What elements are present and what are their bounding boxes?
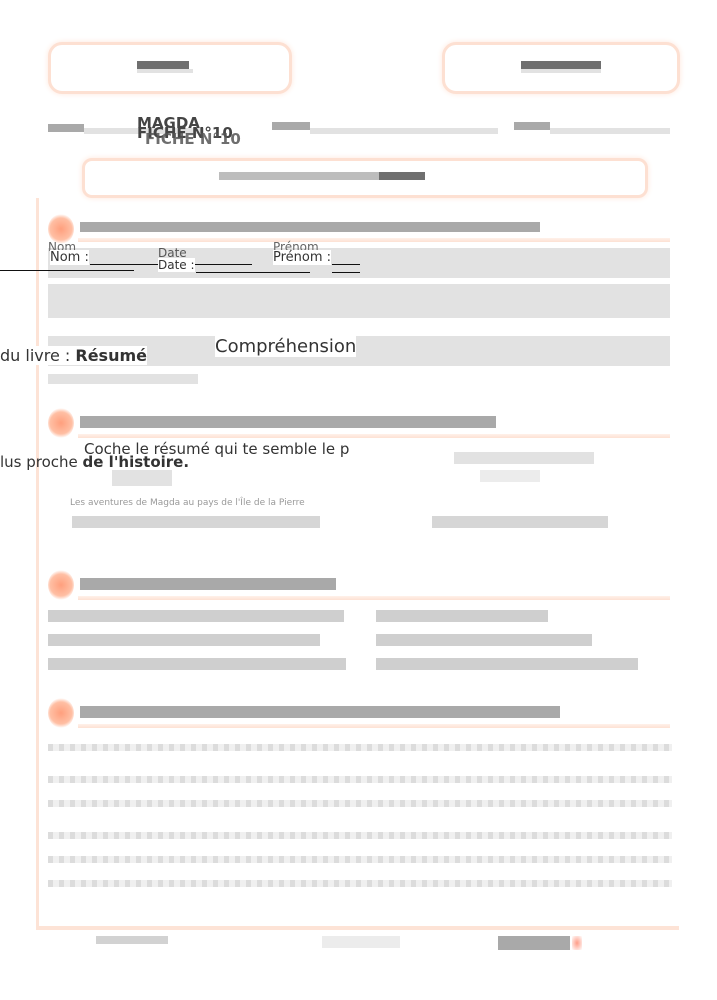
resume-text: Résumé: [75, 346, 147, 365]
feeling-item-1: [48, 610, 344, 622]
answer-line-5[interactable]: [48, 856, 672, 863]
date-field-label: Date :: [158, 258, 195, 272]
feeling-item-6: [376, 658, 638, 670]
option-2-blur[interactable]: [454, 452, 594, 464]
prenom-line-blur: [310, 128, 498, 134]
du-livre-text: du livre :: [0, 346, 75, 365]
date-input-line[interactable]: [196, 272, 310, 273]
footer-right: [498, 936, 570, 950]
section-2-title: [80, 416, 496, 428]
feeling-item-2: [376, 610, 548, 622]
prenom-field-label: Prénom :: [273, 250, 331, 265]
section-3-bullet-icon: [48, 570, 74, 600]
prenom-input-line[interactable]: [332, 264, 360, 265]
right-header-label: [521, 61, 601, 69]
section-1-paragraph-blur-2: [48, 284, 670, 318]
title-banner: [82, 158, 648, 198]
feeling-item-3: [48, 634, 320, 646]
faint-caption: Les aventures de Magda au pays de l'Île …: [70, 498, 305, 508]
footer-logo-icon: [572, 936, 582, 950]
date-line-blur: [550, 128, 670, 134]
answer-line-1[interactable]: [48, 744, 672, 751]
comprehension-overlay: Compréhension: [215, 336, 356, 357]
section-1-rule: [78, 238, 670, 242]
section-1b-last-line-blur: [48, 374, 198, 384]
title-overlay-fiche-ghost: FICHE N°10: [145, 130, 241, 148]
nom-field-label: Nom :: [50, 250, 89, 265]
nom-label-blur: [48, 124, 84, 132]
section-1-title: [80, 222, 540, 232]
prenom-label-blur: [272, 122, 310, 130]
left-header-label-shadow: [137, 69, 193, 73]
feeling-item-5: [48, 658, 346, 670]
banner-text-blur: [219, 172, 379, 180]
section-1-paragraph-blur: [48, 248, 670, 278]
date-label-blur: [514, 122, 550, 130]
left-header-label: [137, 61, 189, 69]
footer-center: [322, 936, 400, 948]
option-2b-blur: [480, 470, 540, 482]
footer-left: [96, 936, 168, 944]
feeling-item-4: [376, 634, 592, 646]
section-2-bullet-icon: [48, 408, 74, 438]
coche-instruction-line2: lus proche de l'histoire.: [0, 453, 189, 471]
left-header-box: [48, 42, 292, 94]
right-header-label-shadow: [521, 69, 601, 73]
section-2-rule: [78, 434, 670, 438]
answer-line-2[interactable]: [48, 776, 672, 783]
answer-line-3[interactable]: [48, 800, 672, 807]
prenom-input-line-ghost: [332, 272, 360, 273]
section-4-bullet-icon: [48, 698, 74, 728]
option-4-blur[interactable]: [432, 516, 608, 528]
section-3-title: [80, 578, 336, 590]
section-4-rule: [78, 724, 670, 728]
section-3-rule: [78, 596, 670, 600]
coche-prefix: lus proche: [0, 453, 83, 471]
right-header-box: [442, 42, 680, 94]
nom-input-line-ghost: [0, 270, 134, 271]
option-1-blur[interactable]: [112, 470, 172, 486]
banner-text-bold-blur: [379, 172, 425, 180]
answer-line-6[interactable]: [48, 880, 672, 887]
section-4-title: [80, 706, 560, 718]
du-livre-overlay: du livre : Résumé: [0, 346, 147, 365]
answer-line-4[interactable]: [48, 832, 672, 839]
coche-bold: de l'histoire.: [83, 453, 190, 471]
option-3-blur[interactable]: [72, 516, 320, 528]
